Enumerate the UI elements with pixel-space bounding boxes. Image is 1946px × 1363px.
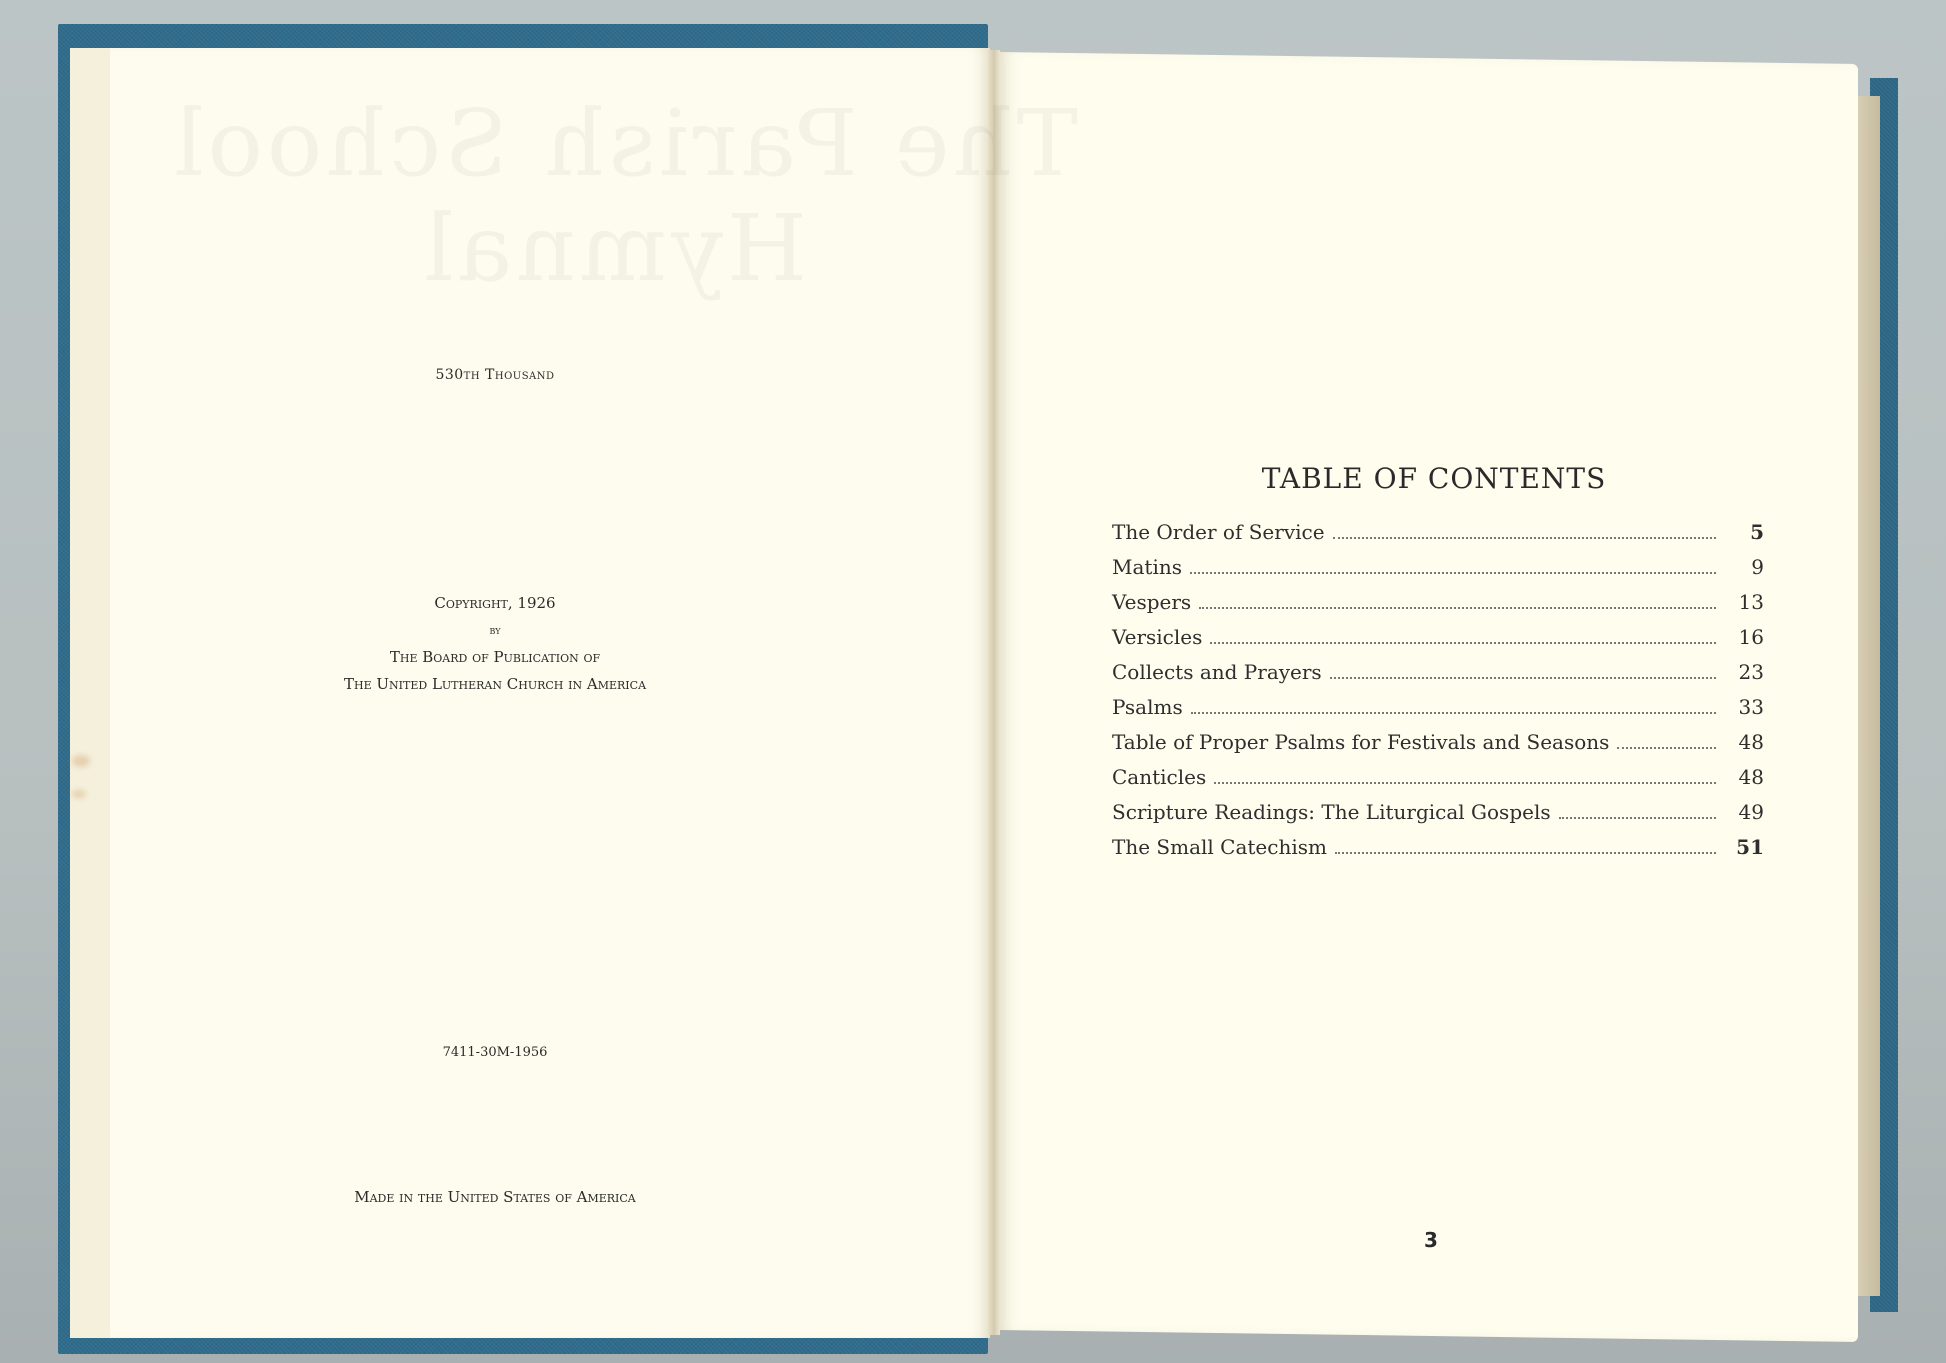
dot-leader xyxy=(1335,852,1716,854)
stain-mark xyxy=(72,790,86,798)
copyright-by: by xyxy=(55,617,935,644)
toc-entry: Psalms 33 xyxy=(1112,695,1764,730)
publisher-line: The Board of Publication of xyxy=(55,644,935,671)
toc-entry: Collects and Prayers 23 xyxy=(1112,660,1764,695)
toc-entry-page: 9 xyxy=(1716,555,1764,579)
show-through-text: The Parish School xyxy=(170,90,1078,197)
toc-list: The Order of Service 5 Matins 9 Vespers … xyxy=(1112,520,1764,870)
copyright-block: Copyright, 1926 by The Board of Publicat… xyxy=(55,590,935,698)
dot-leader xyxy=(1190,572,1716,574)
toc-entry-page: 49 xyxy=(1716,800,1764,824)
toc-entry-page: 16 xyxy=(1716,625,1764,649)
print-code: 7411-30M-1956 xyxy=(55,1045,935,1060)
toc-entry: The Order of Service 5 xyxy=(1112,520,1764,555)
toc-entry-page: 13 xyxy=(1716,590,1764,614)
toc-entry-label: Table of Proper Psalms for Festivals and… xyxy=(1112,730,1617,754)
toc-entry: The Small Catechism 51 xyxy=(1112,835,1764,870)
made-in-line: Made in the United States of America xyxy=(55,1188,935,1206)
dot-leader xyxy=(1199,607,1716,609)
copyright-year: Copyright, 1926 xyxy=(55,590,935,617)
toc-entry-label: The Order of Service xyxy=(1112,520,1333,544)
toc-title: TABLE OF CONTENTS xyxy=(1000,462,1868,495)
show-through-text: Hymnal xyxy=(420,195,807,302)
dot-leader xyxy=(1214,782,1716,784)
page-block-edge xyxy=(1858,96,1880,1296)
book-gutter xyxy=(988,50,1000,1335)
dot-leader xyxy=(1330,677,1716,679)
church-line: The United Lutheran Church in America xyxy=(55,671,935,698)
toc-entry-page: 48 xyxy=(1716,765,1764,789)
toc-entry: Versicles 16 xyxy=(1112,625,1764,660)
toc-entry-label: The Small Catechism xyxy=(1112,835,1335,859)
toc-entry: Scripture Readings: The Liturgical Gospe… xyxy=(1112,800,1764,835)
toc-entry: Table of Proper Psalms for Festivals and… xyxy=(1112,730,1764,765)
toc-entry-label: Versicles xyxy=(1112,625,1210,649)
toc-entry: Matins 9 xyxy=(1112,555,1764,590)
toc-entry: Vespers 13 xyxy=(1112,590,1764,625)
dot-leader xyxy=(1617,747,1716,749)
dot-leader xyxy=(1210,642,1716,644)
toc-entry-label: Matins xyxy=(1112,555,1190,579)
toc-entry-page: 23 xyxy=(1716,660,1764,684)
toc-entry-page: 5 xyxy=(1716,520,1764,544)
stain-mark xyxy=(72,755,90,767)
toc-entry-page: 48 xyxy=(1716,730,1764,754)
toc-entry-page: 33 xyxy=(1716,695,1764,719)
toc-entry: Canticles 48 xyxy=(1112,765,1764,800)
toc-entry-label: Scripture Readings: The Liturgical Gospe… xyxy=(1112,800,1559,824)
page-number: 3 xyxy=(1424,1228,1438,1252)
toc-entry-label: Collects and Prayers xyxy=(1112,660,1330,684)
toc-entry-page: 51 xyxy=(1716,835,1764,859)
toc-entry-label: Vespers xyxy=(1112,590,1199,614)
dot-leader xyxy=(1559,817,1716,819)
dot-leader xyxy=(1333,537,1716,539)
toc-entry-label: Psalms xyxy=(1112,695,1191,719)
dot-leader xyxy=(1191,712,1716,714)
toc-entry-label: Canticles xyxy=(1112,765,1214,789)
edition-line: 530th Thousand xyxy=(55,367,935,383)
